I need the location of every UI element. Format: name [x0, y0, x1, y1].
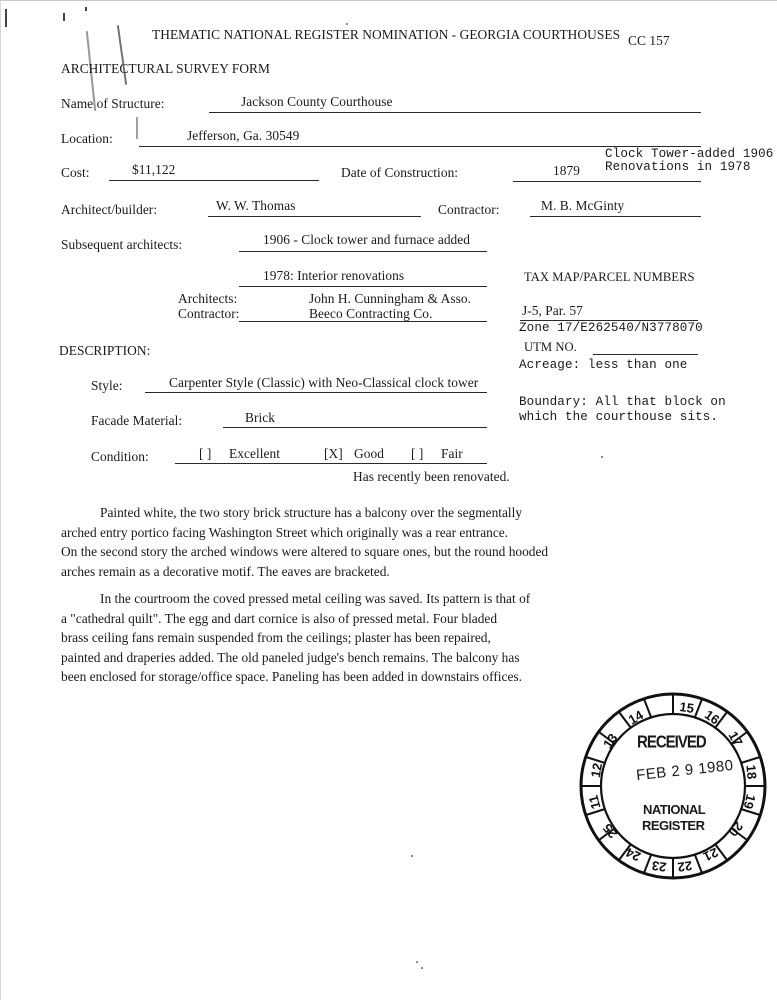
condition-label: Condition: — [91, 449, 149, 465]
subsequent-label: Subsequent architects: — [61, 237, 182, 253]
narrative-line: On the second story the arched windows w… — [61, 542, 741, 562]
subsequent-1906: 1906 - Clock tower and furnace added — [263, 232, 470, 248]
sub-architects-value: John H. Cunningham & Asso. — [309, 291, 471, 307]
document-page: THEMATIC NATIONAL REGISTER NOMINATION - … — [0, 0, 777, 1000]
svg-text:24: 24 — [623, 844, 643, 864]
stamp-ring-icon: 15 16 17 18 19 20 21 22 23 24 25 11 12 1… — [575, 690, 771, 882]
tax-map-zone: Zone 17/E262540/N3778070 — [519, 321, 703, 335]
name-value: Jackson County Courthouse — [241, 94, 393, 110]
cost-underline — [109, 180, 319, 181]
scan-speck — [346, 23, 348, 25]
location-label: Location: — [61, 131, 113, 147]
date-note-clock-tower: Clock Tower-added 1906 — [605, 147, 773, 161]
condition-excellent-box[interactable]: [ ] — [199, 446, 211, 462]
boundary-line-2: which the courthouse sits. — [519, 410, 718, 424]
name-label: Name of Structure: — [61, 96, 165, 112]
style-label: Style: — [91, 378, 123, 394]
boundary-line-1: Boundary: All that block on — [519, 395, 726, 409]
condition-underline — [175, 463, 487, 464]
narrative-line: painted and draperies added. The old pan… — [61, 648, 741, 668]
contractor-label: Contractor: — [438, 202, 500, 218]
facade-value: Brick — [245, 410, 275, 426]
acreage: Acreage: less than one — [519, 358, 687, 372]
condition-note: Has recently been renovated. — [353, 469, 510, 485]
date-underline — [513, 181, 701, 182]
style-value: Carpenter Style (Classic) with Neo-Class… — [169, 375, 478, 391]
svg-text:19: 19 — [740, 793, 758, 811]
scan-speck — [601, 456, 603, 458]
name-underline — [209, 112, 701, 113]
condition-fair-box[interactable]: [ ] — [411, 446, 423, 462]
location-value: Jefferson, Ga. 30549 — [187, 128, 299, 144]
scan-artifact — [63, 13, 65, 21]
contractor-underline — [530, 216, 701, 217]
svg-text:22: 22 — [677, 858, 693, 875]
style-underline — [145, 392, 487, 393]
condition-good-box[interactable]: [X] — [324, 446, 343, 462]
architect-value: W. W. Thomas — [216, 198, 295, 214]
description-heading: DESCRIPTION: — [59, 343, 150, 359]
narrative-paragraph-2: In the courtroom the coved pressed metal… — [61, 589, 741, 687]
sub-contractor-value: Beeco Contracting Co. — [309, 306, 432, 322]
architect-label: Architect/builder: — [61, 202, 157, 218]
narrative-line: arches remain as a decorative motif. The… — [61, 562, 741, 582]
scan-artifact — [5, 9, 7, 27]
date-value: 1879 — [553, 163, 580, 179]
svg-text:17: 17 — [726, 729, 746, 749]
scan-speck — [416, 961, 418, 963]
tax-map-parcel: J-5, Par. 57 — [522, 303, 583, 319]
date-label: Date of Construction: — [341, 165, 458, 181]
sub-architects-label: Architects: — [178, 291, 237, 307]
reference-code: CC 157 — [628, 33, 670, 49]
subsequent-1906-underline — [239, 251, 487, 252]
condition-fair-label: Fair — [441, 446, 463, 462]
stamp-received: RECEIVED — [637, 733, 706, 753]
svg-text:18: 18 — [743, 764, 759, 780]
utm-label: UTM NO. — [524, 340, 577, 355]
sub-contractor-label: Contractor: — [178, 306, 240, 322]
narrative-line: brass ceiling fans remain suspended from… — [61, 628, 741, 648]
svg-text:23: 23 — [651, 858, 667, 875]
condition-excellent-label: Excellent — [229, 446, 280, 462]
document-title: THEMATIC NATIONAL REGISTER NOMINATION - … — [152, 27, 620, 43]
narrative-line: been enclosed for storage/office space. … — [61, 667, 741, 687]
cost-value: $11,122 — [132, 162, 175, 178]
scan-speck — [411, 855, 413, 857]
tax-map-heading: TAX MAP/PARCEL NUMBERS — [524, 270, 695, 285]
stamp-register: REGISTER — [642, 818, 704, 833]
received-stamp: 15 16 17 18 19 20 21 22 23 24 25 11 12 1… — [575, 690, 771, 882]
sub-contractor-underline — [239, 321, 487, 322]
facade-label: Facade Material: — [91, 413, 182, 429]
cost-label: Cost: — [61, 165, 90, 181]
form-title: ARCHITECTURAL SURVEY FORM — [61, 61, 270, 77]
scan-speck — [421, 967, 423, 969]
subsequent-1978: 1978: Interior renovations — [263, 268, 404, 284]
narrative-line: arched entry portico facing Washington S… — [61, 523, 741, 543]
date-note-renovations: Renovations in 1978 — [605, 160, 751, 174]
narrative-paragraph-1: Painted white, the two story brick struc… — [61, 503, 741, 581]
condition-good-label: Good — [354, 446, 384, 462]
narrative-line: In the courtroom the coved pressed metal… — [61, 589, 741, 609]
svg-text:15: 15 — [679, 699, 695, 716]
scan-artifact — [85, 7, 87, 11]
svg-text:12: 12 — [588, 762, 605, 779]
facade-underline — [223, 427, 487, 428]
narrative-line: a "cathedral quilt". The egg and dart co… — [61, 609, 741, 629]
svg-text:13: 13 — [600, 731, 621, 751]
architect-underline — [208, 216, 421, 217]
svg-text:16: 16 — [702, 707, 722, 728]
narrative-line: Painted white, the two story brick struc… — [61, 503, 741, 523]
utm-underline — [593, 354, 698, 355]
scan-artifact — [136, 117, 138, 139]
contractor-value: M. B. McGinty — [541, 198, 624, 214]
subsequent-1978-underline — [239, 286, 487, 287]
stamp-national: NATIONAL — [643, 802, 705, 817]
